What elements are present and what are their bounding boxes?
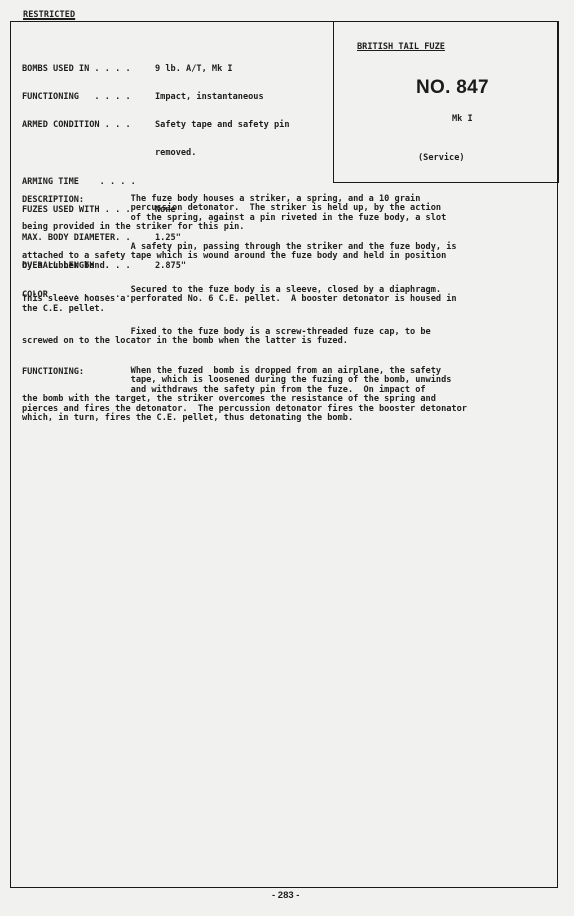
spec-label: ARMING TIME . . . .	[22, 178, 155, 187]
spec-label: FUNCTIONING . . . .	[22, 93, 155, 102]
spec-row-arming-time: ARMING TIME . . . .	[22, 178, 290, 187]
spec-row-functioning: FUNCTIONING . . . . Impact, instantaneou…	[22, 93, 290, 102]
classification-marking: RESTRICTED	[23, 10, 75, 20]
spec-value: Safety tape and safety pin	[155, 121, 290, 130]
spec-row-armed-condition-cont: removed.	[22, 149, 290, 158]
spec-row-bombs-used-in: BOMBS USED IN . . . . 9 lb. A/T, Mk I	[22, 65, 290, 74]
description-paragraph-2: A safety pin, passing through the strike…	[22, 243, 457, 271]
page-number: - 283 -	[272, 890, 299, 901]
spec-label: BOMBS USED IN . . . .	[22, 65, 155, 74]
description-paragraph-3: Secured to the fuze body is a sleeve, cl…	[22, 286, 457, 314]
fuze-mark: Mk I	[452, 114, 473, 124]
fuze-status: (Service)	[418, 153, 465, 163]
fuze-type-title: BRITISH TAIL FUZE	[357, 42, 445, 52]
spec-value: removed.	[155, 149, 196, 158]
spec-row-armed-condition: ARMED CONDITION . . . Safety tape and sa…	[22, 121, 290, 130]
spec-label: ARMED CONDITION . . .	[22, 121, 155, 130]
spec-label	[22, 149, 155, 158]
description-paragraph-4: Fixed to the fuze body is a screw-thread…	[22, 328, 431, 347]
fuze-number: NO. 847	[416, 77, 489, 99]
description-paragraph-1: The fuze body houses a striker, a spring…	[22, 195, 446, 233]
spec-value: Impact, instantaneous	[155, 93, 264, 102]
spec-value: 9 lb. A/T, Mk I	[155, 65, 233, 74]
functioning-paragraph: When the fuzed bomb is dropped from an a…	[22, 367, 467, 423]
